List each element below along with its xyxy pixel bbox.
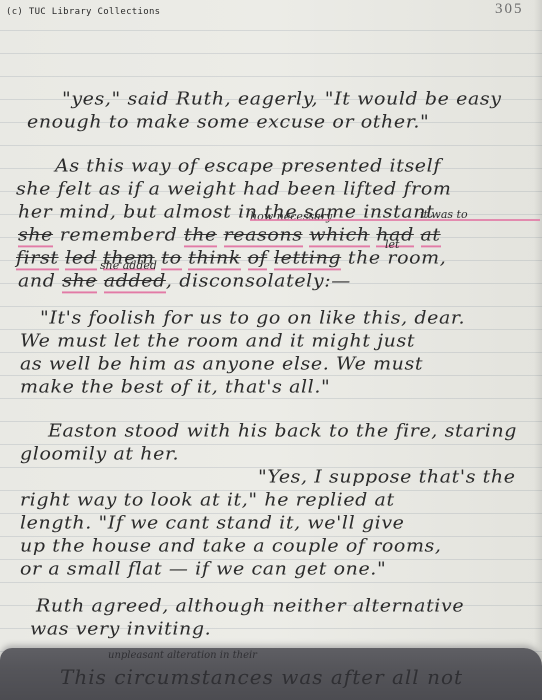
manuscript-word: and — [18, 271, 56, 292]
page-edge-shadow — [534, 0, 542, 700]
manuscript-word: the room, — [348, 248, 447, 269]
struck-word: added — [104, 271, 166, 294]
struck-word: reasons — [224, 225, 303, 248]
manuscript-word: , disconsolately:— — [166, 271, 351, 292]
manuscript-line: was very inviting. — [30, 619, 211, 640]
page-number: 305 — [495, 1, 524, 18]
manuscript-line: gloomily at her. — [20, 444, 179, 465]
struck-word: she — [62, 271, 97, 294]
struck-word: which — [309, 225, 369, 248]
manuscript-line: length. "If we cant stand it, we'll give — [20, 513, 405, 534]
manuscript-line: she felt as if a weight had been lifted … — [16, 179, 452, 200]
struck-word: of — [248, 248, 268, 271]
manuscript-line: as well be him as anyone else. We must — [20, 354, 423, 375]
manuscript-line: make the best of it, that's all." — [20, 377, 330, 398]
manuscript-line: As this way of escape presented itself — [55, 156, 441, 177]
struck-word: at — [421, 225, 441, 248]
manuscript-line: Easton stood with his back to the fire, … — [48, 421, 517, 442]
struck-word: letting — [274, 248, 341, 271]
manuscript-line: Ruth agreed, although neither alternativ… — [36, 596, 464, 617]
manuscript-line: up the house and take a couple of rooms, — [20, 536, 442, 557]
copyright-notice: (c) TUC Library Collections — [6, 7, 160, 17]
manuscript-line: "yes," said Ruth, eagerly, "It would be … — [62, 89, 502, 110]
manuscript-line: "Yes, I suppose that's the — [258, 467, 516, 488]
manuscript-line: enough to make some excuse or other." — [27, 112, 429, 133]
struck-word: the — [184, 225, 217, 248]
struck-word: led — [65, 248, 96, 271]
manuscript-line: right way to look at it," he replied at — [20, 490, 395, 511]
manuscript-line: "It's foolish for us to go on like this,… — [40, 308, 465, 329]
inserted-correction: unpleasant alteration in their — [108, 650, 257, 661]
struck-word: to — [161, 248, 181, 271]
manuscript-line: We must let the room and it might just — [20, 331, 415, 352]
manuscript-line-edited: and she added, disconsolately:— — [18, 271, 351, 292]
struck-word: think — [188, 248, 241, 271]
manuscript-line-edited: she rememberd the reasons which had at — [18, 225, 441, 246]
correction-underline — [250, 219, 540, 221]
obscured-manuscript-line: This circumstances was after all not — [60, 665, 463, 689]
manuscript-line: or a small flat — if we can get one." — [20, 559, 386, 580]
manuscript-word: rememberd — [60, 225, 178, 246]
struck-word: she — [18, 225, 53, 248]
struck-word: first — [16, 248, 59, 271]
manuscript-line-edited: first led them to think of letting the r… — [16, 248, 446, 269]
inserted-correction: how necessary — [250, 210, 332, 223]
